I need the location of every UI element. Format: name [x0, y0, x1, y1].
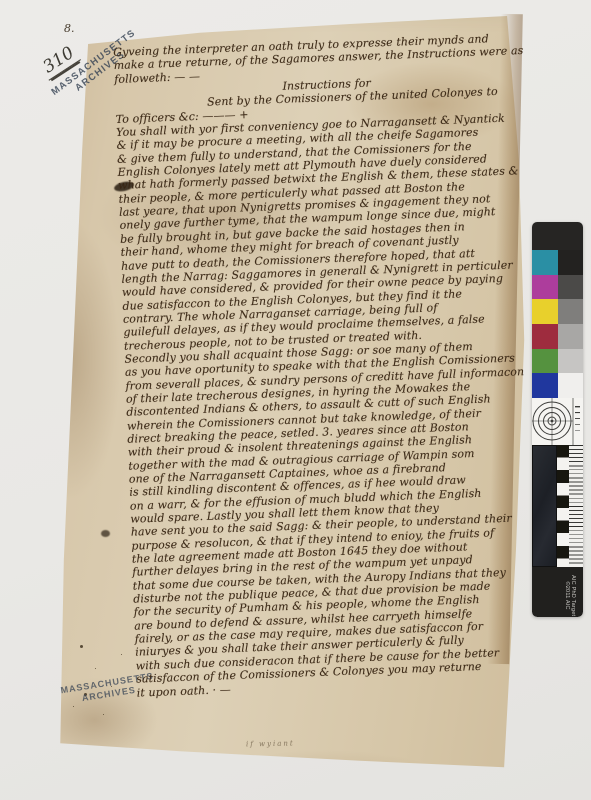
color-target-row [532, 324, 583, 349]
target-label-line1: AIC PhD Target [570, 575, 576, 616]
color-patch [532, 250, 558, 275]
color-patch [532, 299, 558, 324]
focus-target [532, 398, 583, 445]
gray-patch [558, 373, 584, 398]
color-patch [532, 275, 558, 300]
color-patch [532, 324, 558, 349]
manuscript-text: Gyveing the interpreter an oath truly to… [113, 32, 529, 700]
faint-bottom-mark: if wyiant [246, 740, 295, 749]
target-label: AIC PhD Target ©2011 AIC [532, 567, 583, 617]
color-target-card: AIC PhD Target ©2011 AIC [532, 222, 583, 617]
page-number: 8. [64, 22, 75, 35]
checkerboard-scale [557, 445, 569, 567]
gloss-patch [532, 445, 557, 567]
ink-blot [101, 530, 110, 537]
target-label-text: AIC PhD Target ©2011 AIC [564, 575, 576, 616]
gray-patch [558, 250, 584, 275]
color-target-black-header [532, 222, 583, 250]
ruler-scale [569, 445, 583, 567]
color-target-row [532, 299, 583, 324]
gray-patch [558, 349, 584, 374]
color-target-rows [532, 250, 583, 398]
color-target-row [532, 349, 583, 374]
color-patch [532, 373, 558, 398]
photo-stage: 8. 310 MASSACHUSETTS ARCHIVES MASSACHUSE… [0, 0, 591, 800]
gray-patch [558, 324, 584, 349]
ruler-section [532, 445, 583, 567]
gray-patch [558, 275, 584, 300]
color-target-row [532, 373, 583, 398]
color-patch [532, 349, 558, 374]
color-target-row [532, 275, 583, 300]
color-target-row [532, 250, 583, 275]
target-label-line2: ©2011 AIC [564, 575, 570, 616]
bullseye-icon [532, 398, 583, 445]
ink-specks [80, 645, 83, 648]
gray-patch [558, 299, 584, 324]
